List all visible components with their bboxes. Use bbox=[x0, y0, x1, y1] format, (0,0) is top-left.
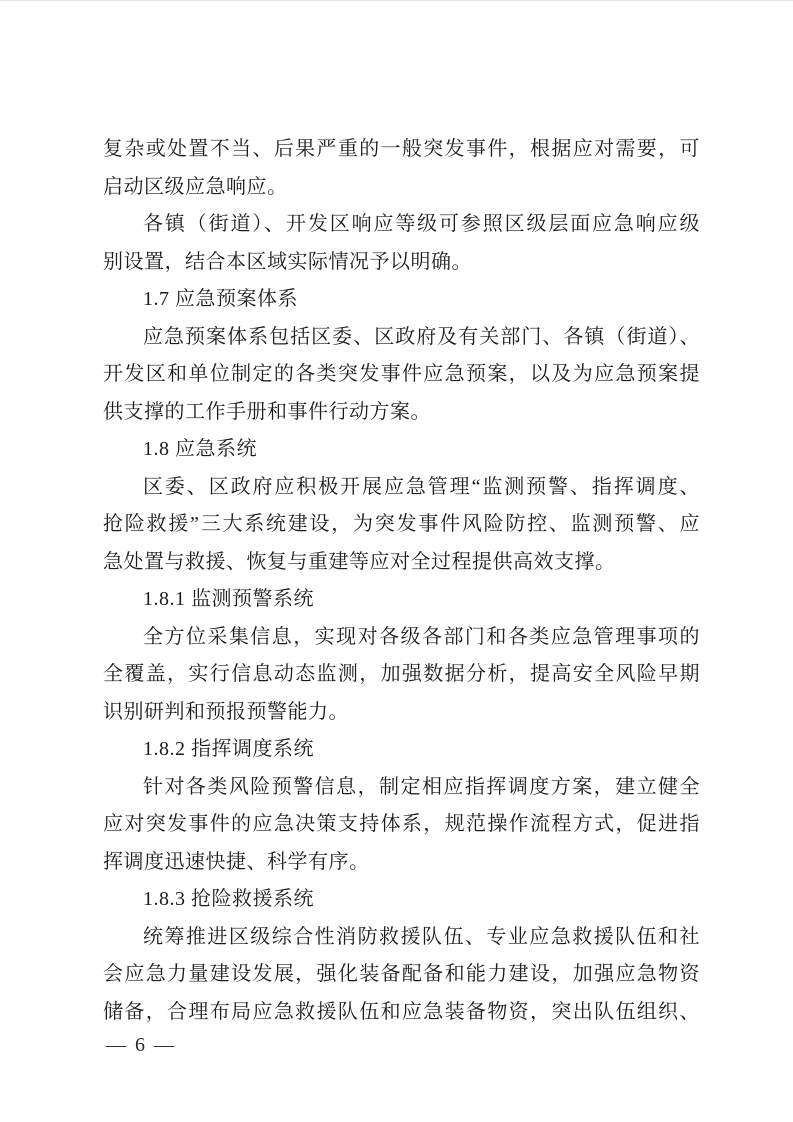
text-line: 统筹推进区级综合性消防救援队伍、专业应急救援队伍和社 bbox=[103, 919, 700, 957]
section-heading-1-8-1: 1.8.1 监测预警系统 bbox=[103, 581, 700, 619]
section-heading-1-7: 1.7 应急预案体系 bbox=[103, 281, 700, 319]
text-line: 别设置，结合本区域实际情况予以明确。 bbox=[103, 244, 700, 282]
section-heading-1-8: 1.8 应急系统 bbox=[103, 431, 700, 469]
text-line: 应对突发事件的应急决策支持体系，规范操作流程方式，促进指 bbox=[103, 806, 700, 844]
document-page: 复杂或处置不当、后果严重的一般突发事件，根据应对需要，可 启动区级应急响应。 各… bbox=[0, 0, 793, 1122]
text-line: 储备，合理布局应急救援队伍和应急装备物资，突出队伍组织、 bbox=[103, 994, 700, 1032]
document-body: 复杂或处置不当、后果严重的一般突发事件，根据应对需要，可 启动区级应急响应。 各… bbox=[103, 131, 700, 1031]
text-line: 针对各类风险预警信息，制定相应指挥调度方案，建立健全 bbox=[103, 769, 700, 807]
text-line: 识别研判和预报预警能力。 bbox=[103, 694, 700, 732]
text-line: 会应急力量建设发展，强化装备配备和能力建设，加强应急物资 bbox=[103, 956, 700, 994]
text-line: 应急预案体系包括区委、区政府及有关部门、各镇（街道）、 bbox=[103, 319, 700, 357]
text-line: 抢险救援”三大系统建设，为突发事件风险防控、监测预警、应 bbox=[103, 506, 700, 544]
page-number: — 6 — bbox=[106, 1029, 176, 1061]
section-heading-1-8-2: 1.8.2 指挥调度系统 bbox=[103, 731, 700, 769]
text-line: 复杂或处置不当、后果严重的一般突发事件，根据应对需要，可 bbox=[103, 131, 700, 169]
text-line: 各镇（街道）、开发区响应等级可参照区级层面应急响应级 bbox=[103, 206, 700, 244]
text-line: 急处置与救援、恢复与重建等应对全过程提供高效支撑。 bbox=[103, 544, 700, 582]
text-line: 全覆盖，实行信息动态监测，加强数据分析，提高安全风险早期 bbox=[103, 656, 700, 694]
text-line: 区委、区政府应积极开展应急管理“监测预警、指挥调度、 bbox=[103, 469, 700, 507]
text-line: 启动区级应急响应。 bbox=[103, 169, 700, 207]
text-line: 开发区和单位制定的各类突发事件应急预案，以及为应急预案提 bbox=[103, 356, 700, 394]
text-line: 挥调度迅速快捷、科学有序。 bbox=[103, 844, 700, 882]
text-line: 供支撑的工作手册和事件行动方案。 bbox=[103, 394, 700, 432]
section-heading-1-8-3: 1.8.3 抢险救援系统 bbox=[103, 881, 700, 919]
text-line: 全方位采集信息，实现对各级各部门和各类应急管理事项的 bbox=[103, 619, 700, 657]
